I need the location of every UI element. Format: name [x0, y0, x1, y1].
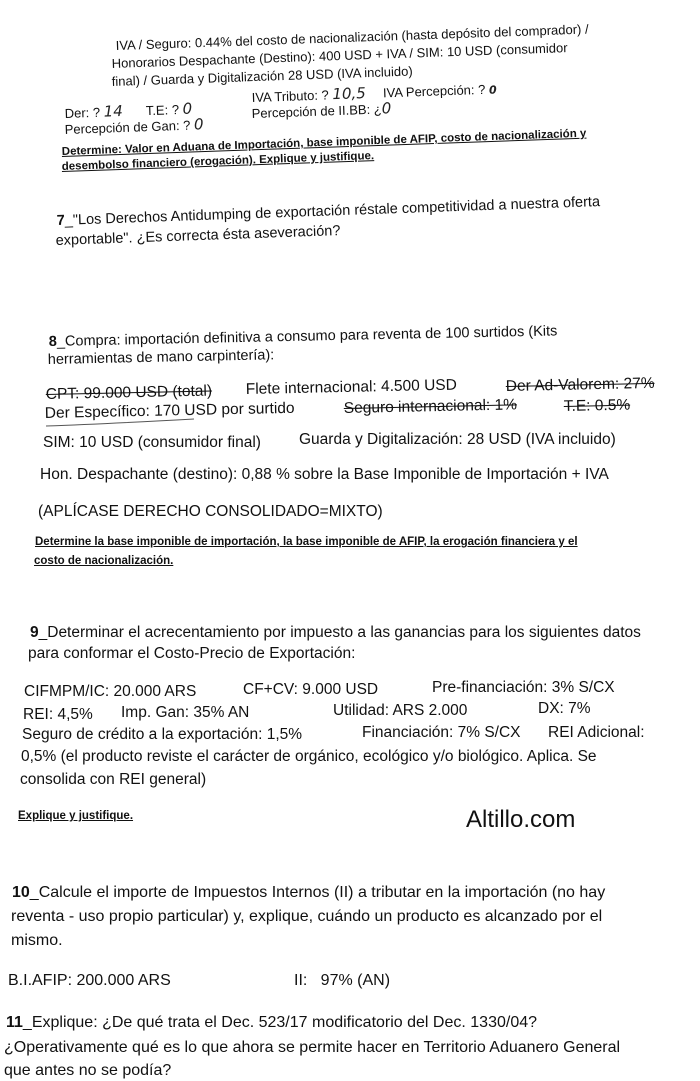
q9-imp-gan: Imp. Gan: 35% AN: [121, 704, 249, 722]
q9-utilidad: Utilidad: ARS 2.000: [333, 702, 467, 720]
watermark-altillo: Altillo.com: [466, 806, 575, 834]
q9-cfcv: CF+CV: 9.000 USD: [243, 681, 378, 699]
q11-line-2: ¿Operativamente qué es lo que ahora se p…: [4, 1039, 620, 1057]
q9-text: _Determinar el acrecentamiento por impue…: [39, 624, 641, 641]
q9-line-1: 9_Determinar el acrecentamiento por impu…: [30, 624, 641, 642]
q8-line-1: 8_Compra: importación definitiva a consu…: [49, 323, 558, 350]
q8-der-ad-valorem: Der Ad-Valorem: 27%: [506, 375, 655, 396]
q9-line-2: para conformar el Costo-Precio de Export…: [28, 645, 355, 663]
seguro-value: Seguro internacional: 1%: [344, 396, 518, 417]
iva-percepcion-label: IVA Percepción: ?: [383, 82, 486, 101]
q8-seguro: Seguro internacional: 1%: [344, 396, 518, 418]
q10-bi-afip: B.I.AFIP: 200.000 ARS: [8, 972, 171, 990]
perc-gan-handwritten-value: 0: [194, 115, 204, 133]
q9-number: 9: [30, 624, 39, 641]
q10-line-1: 10_Calcule el importe de Impuestos Inter…: [12, 884, 605, 902]
q11-number: 11: [6, 1014, 23, 1031]
q11-text: _Explique: ¿De qué trata el Dec. 523/17 …: [23, 1014, 537, 1031]
q9-prefinanciacion: Pre-financiación: 3% S/CX: [432, 679, 615, 697]
q8-determine-line-1: Determine la base imponible de importaci…: [35, 536, 578, 548]
q8-determine-line-2: costo de nacionalización.: [34, 555, 173, 567]
q10-line-3: mismo.: [11, 932, 63, 950]
te-value: T.E: 0.5%: [564, 397, 631, 415]
q11-line-1: 11_Explique: ¿De qué trata el Dec. 523/1…: [6, 1014, 537, 1032]
der-ad-valorem-value: Der Ad-Valorem: 27%: [506, 375, 655, 395]
q8-guarda: Guarda y Digitalización: 28 USD (IVA inc…: [299, 431, 616, 449]
q10-number: 10: [12, 884, 30, 901]
q6-perc-gan: Percepción de Gan: ? 0: [64, 115, 203, 138]
q10-ii: II: 97% (AN): [294, 972, 390, 990]
q6-perc-iibb: Percepción de II.BB: ¿0: [251, 99, 391, 122]
q9-financiacion: Financiación: 7% S/CX: [362, 724, 521, 742]
cpt-value: CPT: 99.000 USD (total): [46, 383, 213, 403]
perc-gan-label: Percepción de Gan: ?: [64, 118, 190, 137]
q10-line-2: reventa - uso propio particular) y, expl…: [11, 908, 602, 926]
q9-rei-line-3: consolida con REI general): [20, 771, 206, 789]
q8-text: _Compra: importación definitiva a consum…: [57, 323, 558, 349]
handwritten-underline: [44, 418, 204, 428]
q8-te: T.E: 0.5%: [564, 397, 631, 416]
q9-seguro-credito: Seguro de crédito a la exportación: 1,5%: [22, 726, 302, 744]
q8-hon: Hon. Despachante (destino): 0,88 % sobre…: [40, 466, 609, 484]
q9-explique: Explique y justifique.: [18, 810, 133, 822]
perc-iibb-label: Percepción de II.BB: ¿: [251, 101, 382, 121]
q10-text: _Calcule el importe de Impuestos Interno…: [30, 884, 605, 901]
q9-dx: DX: 7%: [538, 700, 591, 718]
q8-sim: SIM: 10 USD (consumidor final): [43, 434, 261, 452]
q8-flete: Flete internacional: 4.500 USD: [246, 377, 457, 399]
perc-iibb-handwritten-value: 0: [381, 99, 391, 117]
q11-line-3: que antes no se podía?: [4, 1062, 171, 1080]
q8-aplicase: (APLÍCASE DERECHO CONSOLIDADO=MIXTO): [38, 503, 383, 521]
q8-line-2: herramientas de mano carpintería):: [48, 347, 275, 368]
q9-rei: REI: 4,5%: [23, 706, 93, 724]
iva-percepcion-handwritten-value: 0: [489, 83, 497, 96]
q8-cpt: CPT: 99.000 USD (total): [46, 383, 213, 404]
q9-rei-adicional: REI Adicional:: [548, 724, 645, 742]
q9-cifmpm: CIFMPM/IC: 20.000 ARS: [24, 683, 196, 701]
q9-rei-line-2: 0,5% (el producto reviste el carácter de…: [21, 748, 597, 766]
